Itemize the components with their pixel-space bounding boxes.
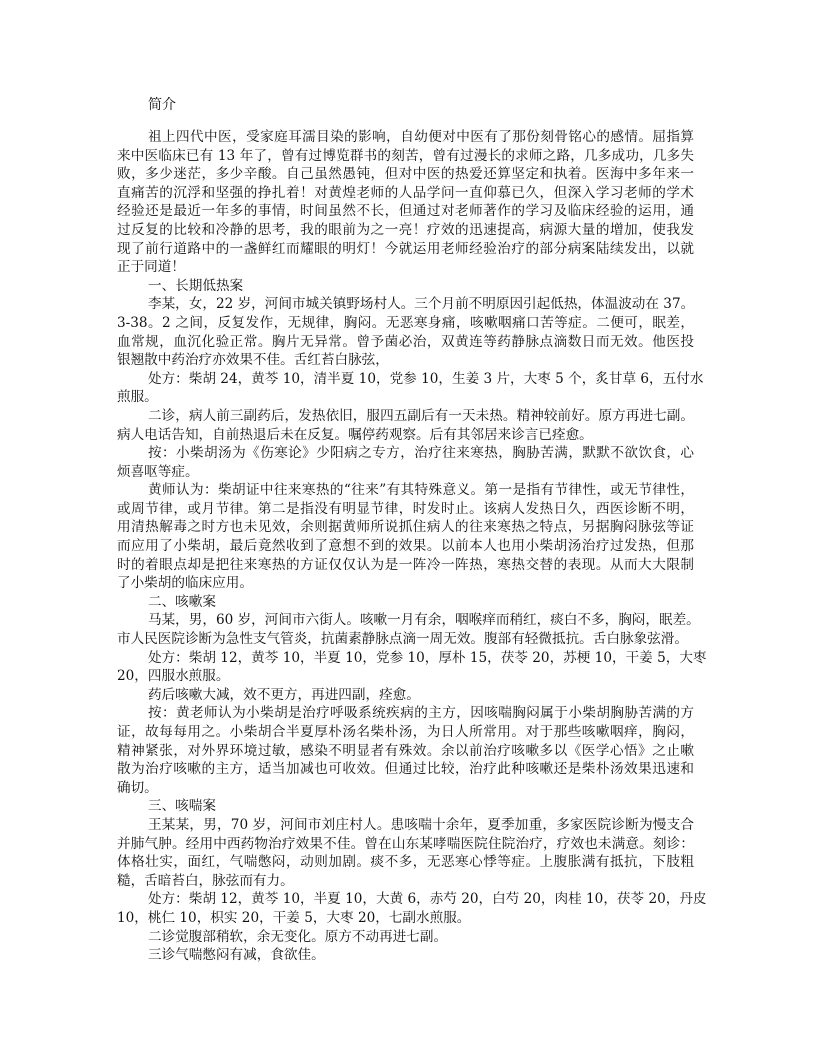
intro-paragraph: 祖上四代中医，受家庭耳濡目染的影响，自幼便对中医有了那份刻骨铭心的感情。屈指算来… xyxy=(117,128,694,277)
text-line: 10，桃仁 10，枳实 20，干姜 5，大枣 20，七副水煎服。 xyxy=(117,909,694,928)
text-line: 处方：柴胡 12，黄芩 10，半夏 10，大黄 6，赤芍 20，白芍 20，肉桂… xyxy=(117,890,694,909)
text-line: 正于同道！ xyxy=(117,258,694,277)
text-line: 一、长期低热案 xyxy=(117,277,694,296)
case2-followup: 药后咳嗽大减，效不更方，再进四副，痊愈。 xyxy=(117,686,694,705)
text-line: 三、咳喘案 xyxy=(117,797,694,816)
text-line: 了小柴胡的临床应用。 xyxy=(117,574,694,593)
text-line: 王某某，男，70 岁，河间市刘庄村人。患咳喘十余年，夏季加重，多家医院诊断为慢支… xyxy=(117,816,694,835)
document-body: 祖上四代中医，受家庭耳濡目染的影响，自幼便对中医有了那份刻骨铭心的感情。屈指算来… xyxy=(117,128,694,965)
text-line: 并肺气肿。经用中西药物治疗效果不佳。曾在山东某哮喘医院住院治疗，疗效也未满意。刻… xyxy=(117,835,694,854)
text-line: 过反复的比较和冷静的思考，我的眼前为之一亮！疗效的迅速提高，病源大量的增加，使我… xyxy=(117,221,694,240)
text-line: 黄师认为：柴胡证中往来寒热的“往来”有其特殊意义。第一是指有节律性，或无节律性， xyxy=(117,481,694,500)
text-line: 时的着眼点却是把往来寒热的方证仅仅认为是一阵冷一阵热，寒热交替的表现。从而大大限… xyxy=(117,556,694,575)
text-line: 证，故每每用之。小柴胡合半夏厚朴汤名柴朴汤，为日人所常用。对于那些咳嗽咽痒，胸闷… xyxy=(117,723,694,742)
text-line: 马某，男，60 岁，河间市六街人。咳嗽一月有余，咽喉痒而稍红，痰白不多，胸闷，眠… xyxy=(117,611,694,630)
text-line: 血常规，血沉化验正常。胸片无异常。曾予菌必治，双黄连等药静脉点滴数日而无效。他医… xyxy=(117,333,694,352)
text-line: 用清热解毒之时方也未见效，余则据黄师所说抓住病人的往来寒热之特点，另据胸闷脉弦等… xyxy=(117,518,694,537)
text-line: 处方：柴胡 12，黄芩 10，半夏 10，党参 10，厚朴 15，茯苓 20，苏… xyxy=(117,649,694,668)
text-line: 或周节律，或月节律。第二是指没有明显节律，时发时止。该病人发热日久，西医诊断不明… xyxy=(117,500,694,519)
text-line: 二、咳嗽案 xyxy=(117,593,694,612)
case2-prescription: 处方：柴胡 12，黄芩 10，半夏 10，党参 10，厚朴 15，茯苓 20，苏… xyxy=(117,649,694,686)
case1-commentary: 黄师认为：柴胡证中往来寒热的“往来”有其特殊意义。第一是指有节律性，或无节律性，… xyxy=(117,481,694,593)
text-line: 3-38。2 之间，反复发作，无规律，胸闷。无恶寒身痛，咳嗽咽痛口苦等症。二便可… xyxy=(117,314,694,333)
case2-history: 马某，男，60 岁，河间市六街人。咳嗽一月有余，咽喉痒而稍红，痰白不多，胸闷，眠… xyxy=(117,611,694,648)
text-line: 病人电话告知，自前热退后未在反复。嘱停药观察。后有其邻居来诊言已痊愈。 xyxy=(117,426,694,445)
case1-note: 按：小柴胡汤为《伤寒论》少阳病之专方，治疗往来寒热，胸胁苦满，默默不欲饮食，心烦… xyxy=(117,444,694,481)
text-line: 二诊觉腹部稍软，余无变化。原方不动再进七副。 xyxy=(117,928,694,947)
text-line: 来中医临床已有 13 年了，曾有过博览群书的刻苦，曾有过漫长的求师之路，几多成功… xyxy=(117,147,694,166)
text-line: 市人民医院诊断为急性支气管炎，抗菌素静脉点滴一周无效。腹部有轻微抵抗。舌白脉象弦… xyxy=(117,630,694,649)
text-line: 而应用了小柴胡，最后竟然收到了意想不到的效果。以前本人也用小柴胡汤治疗过发热，但… xyxy=(117,537,694,556)
text-line: 按：小柴胡汤为《伤寒论》少阳病之专方，治疗往来寒热，胸胁苦满，默默不欲饮食，心 xyxy=(117,444,694,463)
case1-followup: 二诊，病人前三副药后，发热依旧，服四五副后有一天未热。精神较前好。原方再进七副。… xyxy=(117,407,694,444)
document-page: 简介 祖上四代中医，受家庭耳濡目染的影响，自幼便对中医有了那份刻骨铭心的感情。屈… xyxy=(0,0,816,1056)
text-line: 散为治疗咳嗽的主方，适当加减也可收效。但通过比较，治疗此种咳嗽还是柴朴汤效果迅速… xyxy=(117,760,694,779)
text-line: 现了前行道路中的一盏鲜红而耀眼的明灯！今就运用老师经验治疗的部分病案陆续发出，以… xyxy=(117,240,694,259)
text-line: 20，四服水煎服。 xyxy=(117,667,694,686)
text-line: 煎服。 xyxy=(117,388,694,407)
section-heading-1: 一、长期低热案 xyxy=(117,277,694,296)
case3-prescription: 处方：柴胡 12，黄芩 10，半夏 10，大黄 6，赤芍 20，白芍 20，肉桂… xyxy=(117,890,694,927)
case3-history: 王某某，男，70 岁，河间市刘庄村人。患咳喘十余年，夏季加重，多家医院诊断为慢支… xyxy=(117,816,694,890)
case3-followup-2: 二诊觉腹部稍软，余无变化。原方不动再进七副。 xyxy=(117,928,694,947)
text-line: 糙，舌暗苔白，脉弦而有力。 xyxy=(117,872,694,891)
text-line: 精神紧张，对外界环境过敏，感染不明显者有殊效。余以前治疗咳嗽多以《医学心悟》之止… xyxy=(117,742,694,761)
section-heading-3: 三、咳喘案 xyxy=(117,797,694,816)
text-line: 三诊气喘憋闷有减，食欲佳。 xyxy=(117,946,694,965)
case1-prescription: 处方：柴胡 24，黄芩 10，清半夏 10，党参 10，生姜 3 片，大枣 5 … xyxy=(117,370,694,407)
text-line: 确切。 xyxy=(117,779,694,798)
case1-history: 李某，女，22 岁，河间市城关镇野场村人。三个月前不明原因引起低热，体温波动在 … xyxy=(117,295,694,369)
text-line: 李某，女，22 岁，河间市城关镇野场村人。三个月前不明原因引起低热，体温波动在 … xyxy=(117,295,694,314)
section-heading-2: 二、咳嗽案 xyxy=(117,593,694,612)
text-line: 经验还是最近一年多的事情，时间虽然不长，但通过对老师著作的学习及临床经验的运用，… xyxy=(117,202,694,221)
text-line: 药后咳嗽大减，效不更方，再进四副，痊愈。 xyxy=(117,686,694,705)
text-line: 体格壮实，面红，气喘憋闷，动则加剧。痰不多，无恶寒心悸等症。上腹胀满有抵抗，下肢… xyxy=(117,853,694,872)
case3-followup-3: 三诊气喘憋闷有减，食欲佳。 xyxy=(117,946,694,965)
text-line: 按：黄老师认为小柴胡是治疗呼吸系统疾病的主方，因咳喘胸闷属于小柴胡胸胁苦满的方 xyxy=(117,704,694,723)
case2-note: 按：黄老师认为小柴胡是治疗呼吸系统疾病的主方，因咳喘胸闷属于小柴胡胸胁苦满的方证… xyxy=(117,704,694,797)
text-line: 二诊，病人前三副药后，发热依旧，服四五副后有一天未热。精神较前好。原方再进七副。 xyxy=(117,407,694,426)
text-line: 败，多少迷茫，多少辛酸。自己虽然愚钝，但对中医的热爱还算坚定和执着。医海中多年来… xyxy=(117,165,694,184)
text-line: 直痛苦的沉浮和坚强的挣扎着！对黄煌老师的人品学问一直仰慕已久，但深入学习老师的学… xyxy=(117,184,694,203)
text-line: 祖上四代中医，受家庭耳濡目染的影响，自幼便对中医有了那份刻骨铭心的感情。屈指算 xyxy=(117,128,694,147)
document-title: 简介 xyxy=(148,96,176,114)
text-line: 处方：柴胡 24，黄芩 10，清半夏 10，党参 10，生姜 3 片，大枣 5 … xyxy=(117,370,694,389)
text-line: 烦喜呕等症。 xyxy=(117,463,694,482)
text-line: 银翘散中药治疗亦效果不佳。舌红苔白脉弦， xyxy=(117,351,694,370)
